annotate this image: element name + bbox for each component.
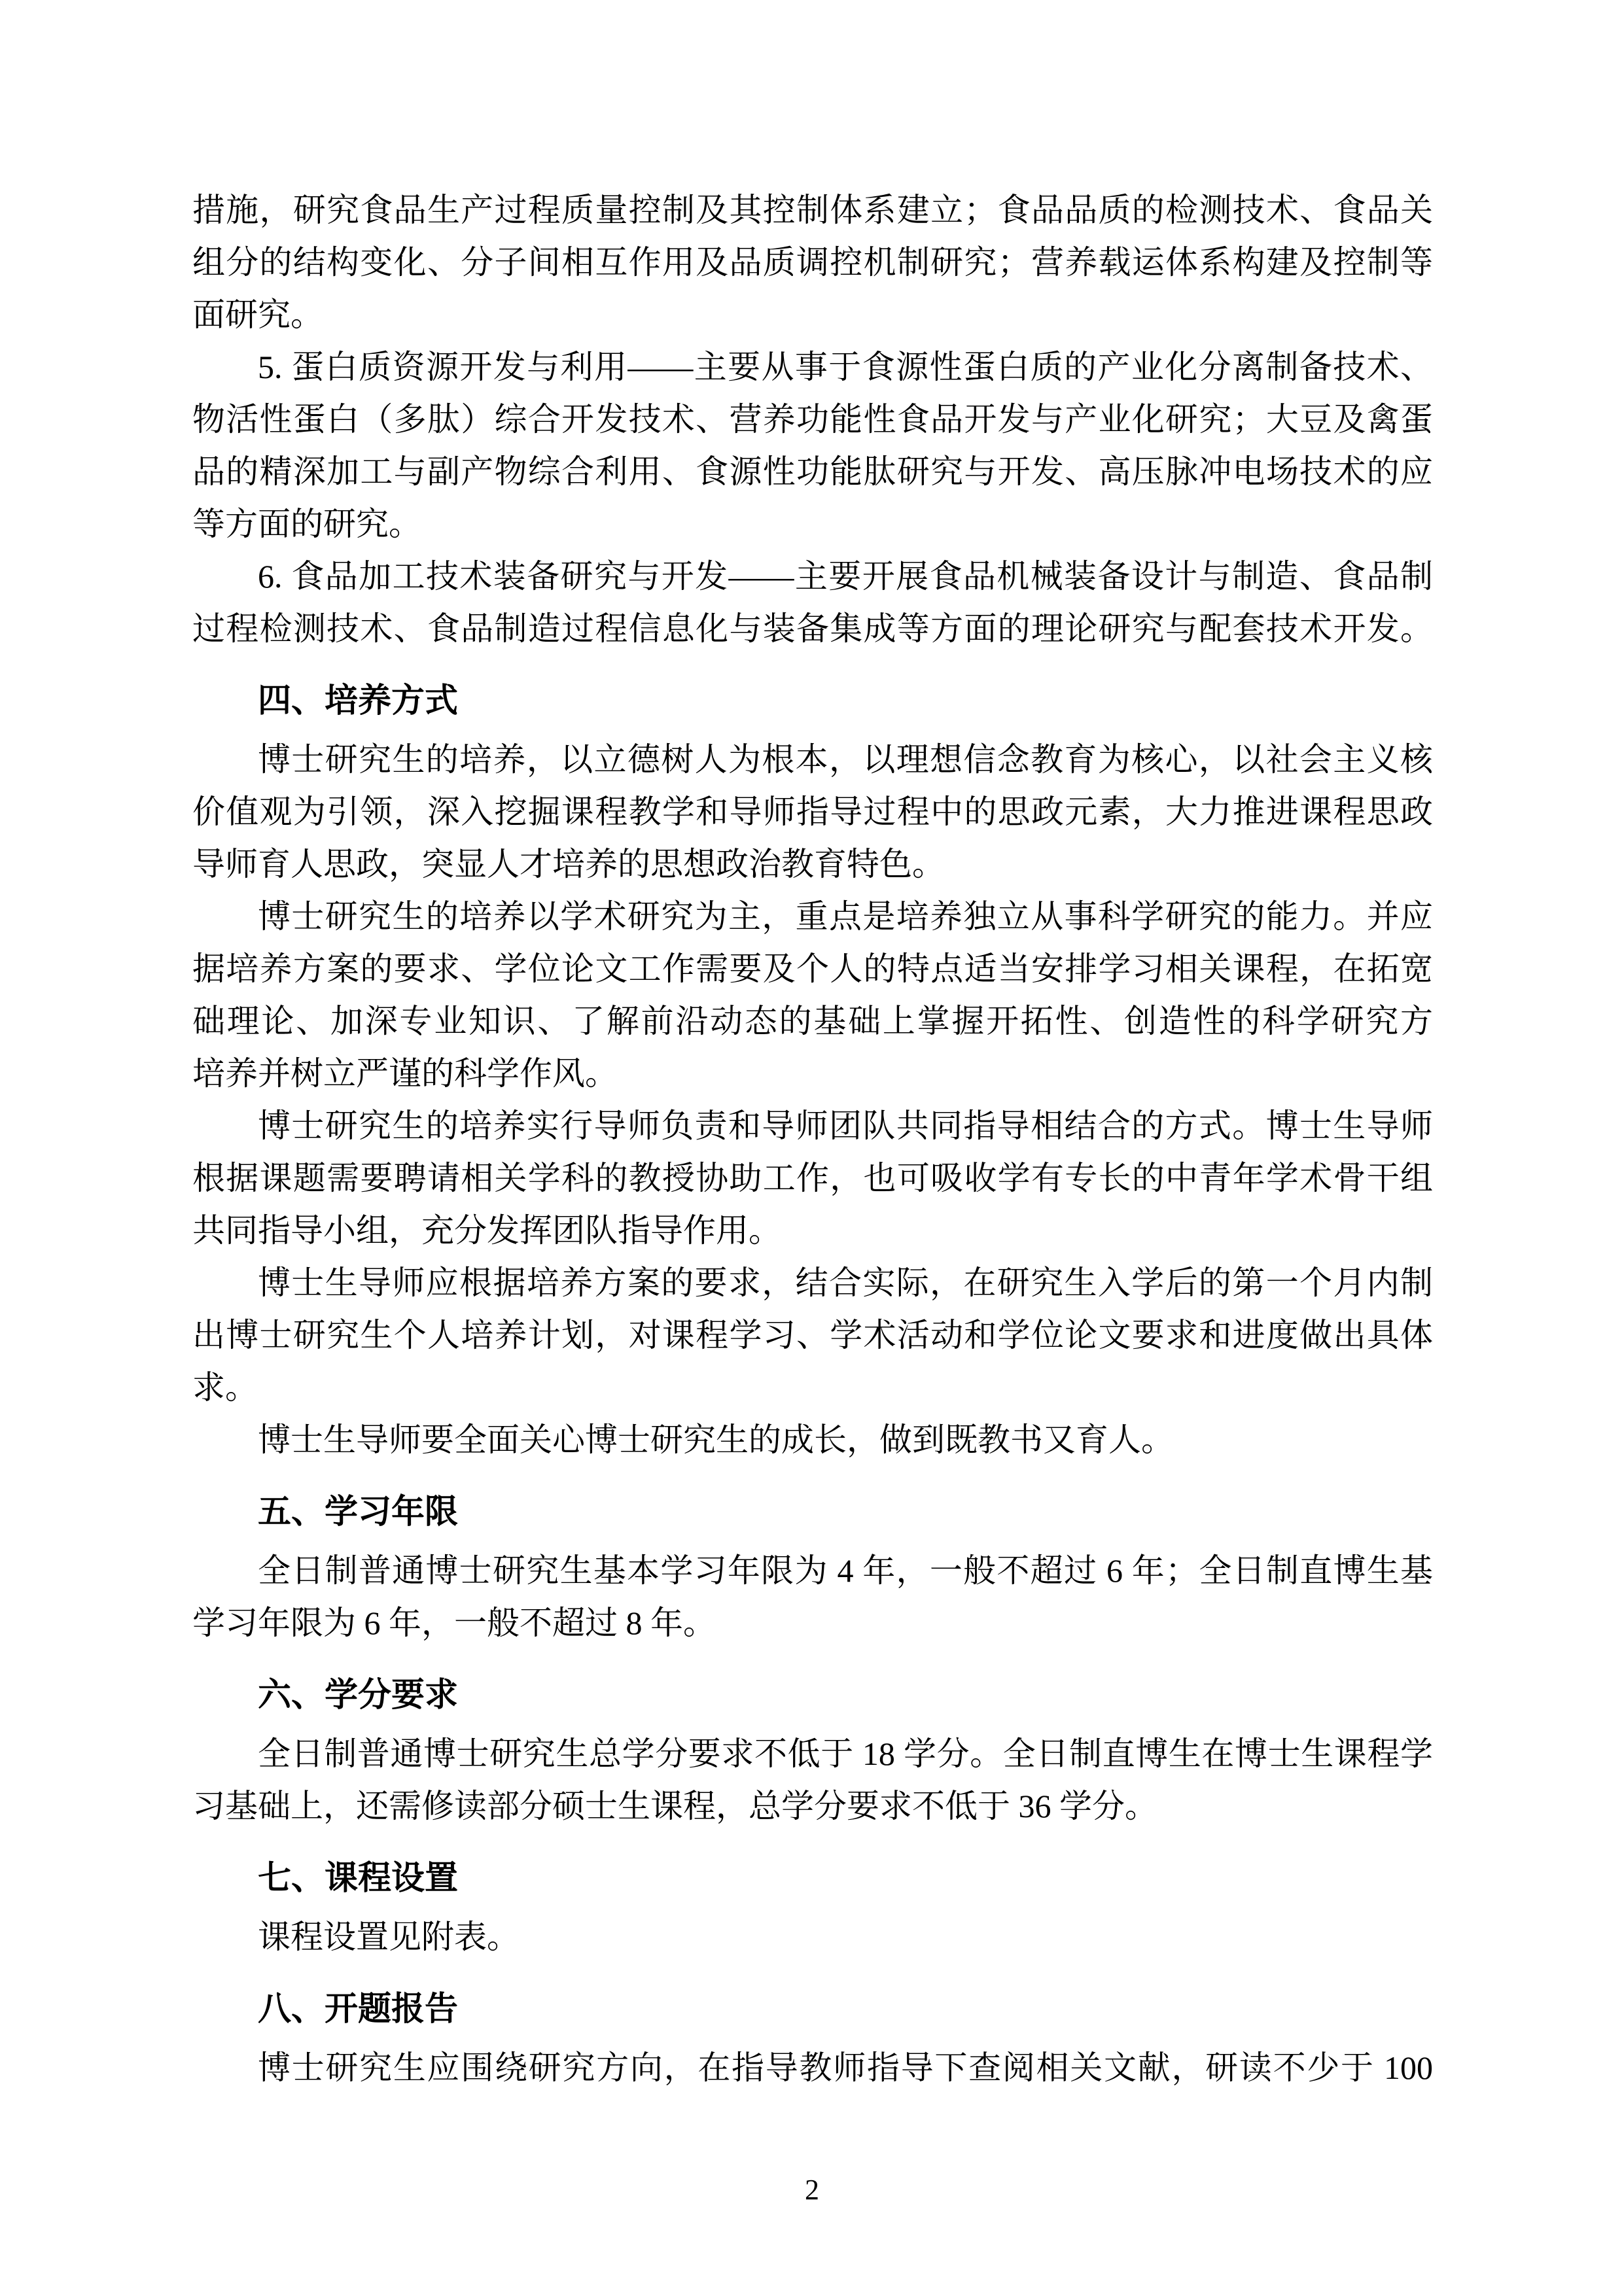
body-line: 组分的结构变化、分子间相互作用及品质调控机制研究；营养载运体系构建及控制等方 [192, 236, 1433, 288]
heading-section-5: 五、学习年限 [192, 1486, 1433, 1538]
body-line: 出博士研究生个人培养计划，对课程学习、学术活动和学位论文要求和进度做出具体要 [192, 1309, 1433, 1361]
body-line: 培养并树立严谨的科学作风。 [192, 1047, 1433, 1100]
body-line: 博士研究生的培养以学术研究为主，重点是培养独立从事科学研究的能力。并应根 [192, 890, 1433, 943]
heading-section-7: 七、课程设置 [192, 1852, 1433, 1904]
document-page: 措施，研究食品生产过程质量控制及其控制体系建立；食品品质的检测技术、食品关键组分… [0, 0, 1624, 2296]
body-line: 求。 [192, 1361, 1433, 1414]
heading-section-8: 八、开题报告 [192, 1983, 1433, 2035]
body-line: 过程检测技术、食品制造过程信息化与装备集成等方面的理论研究与配套技术开发。 [192, 602, 1433, 655]
body-line: 博士研究生应围绕研究方向，在指导教师指导下查阅相关文献，研读不少于 100 篇 [192, 2042, 1433, 2094]
body-line: 习基础上，还需修读部分硕士生课程，总学分要求不低于 36 学分。 [192, 1780, 1433, 1832]
body-line: 等方面的研究。 [192, 498, 1433, 550]
body-line: 全日制普通博士研究生总学分要求不低于 18 学分。全日制直博生在博士生课程学 [192, 1728, 1433, 1780]
body-line: 根据课题需要聘请相关学科的教授协助工作，也可吸收学有专长的中青年学术骨干组成 [192, 1152, 1433, 1204]
heading-section-6: 六、学分要求 [192, 1669, 1433, 1721]
body-line: 品的精深加工与副产物综合利用、食源性功能肽研究与开发、高压脉冲电场技术的应用 [192, 445, 1433, 498]
body-line: 博士生导师应根据培养方案的要求，结合实际，在研究生入学后的第一个月内制定 [192, 1257, 1433, 1309]
document-body: 措施，研究食品生产过程质量控制及其控制体系建立；食品品质的检测技术、食品关键组分… [192, 184, 1433, 2094]
body-line: 博士生导师要全面关心博士研究生的成长，做到既教书又育人。 [192, 1414, 1433, 1466]
heading-section-4: 四、培养方式 [192, 674, 1433, 727]
body-line: 博士研究生的培养实行导师负责和导师团队共同指导相结合的方式。博士生导师可 [192, 1100, 1433, 1152]
body-line: 价值观为引领，深入挖掘课程教学和导师指导过程中的思政元素，大力推进课程思政和 [192, 786, 1433, 838]
body-line: 5. 蛋白质资源开发与利用——主要从事于食源性蛋白质的产业化分离制备技术、生 [192, 341, 1433, 393]
body-line: 课程设置见附表。 [192, 1911, 1433, 1963]
body-line: 物活性蛋白（多肽）综合开发技术、营养功能性食品开发与产业化研究；大豆及禽蛋制 [192, 393, 1433, 445]
body-line: 共同指导小组，充分发挥团队指导作用。 [192, 1204, 1433, 1257]
body-line: 全日制普通博士研究生基本学习年限为 4 年，一般不超过 6 年；全日制直博生基本 [192, 1544, 1433, 1597]
body-line: 导师育人思政，突显人才培养的思想政治教育特色。 [192, 838, 1433, 890]
body-line: 学习年限为 6 年，一般不超过 8 年。 [192, 1597, 1433, 1649]
body-line: 础理论、加深专业知识、了解前沿动态的基础上掌握开拓性、创造性的科学研究方法， [192, 995, 1433, 1047]
body-line: 措施，研究食品生产过程质量控制及其控制体系建立；食品品质的检测技术、食品关键 [192, 184, 1433, 236]
body-line: 据培养方案的要求、学位论文工作需要及个人的特点适当安排学习相关课程，在拓宽基 [192, 943, 1433, 995]
body-line: 博士研究生的培养，以立德树人为根本，以理想信念教育为核心，以社会主义核心 [192, 733, 1433, 786]
body-line: 面研究。 [192, 288, 1433, 341]
page-number: 2 [0, 2164, 1624, 2216]
body-line: 6. 食品加工技术装备研究与开发——主要开展食品机械装备设计与制造、食品制造 [192, 550, 1433, 602]
